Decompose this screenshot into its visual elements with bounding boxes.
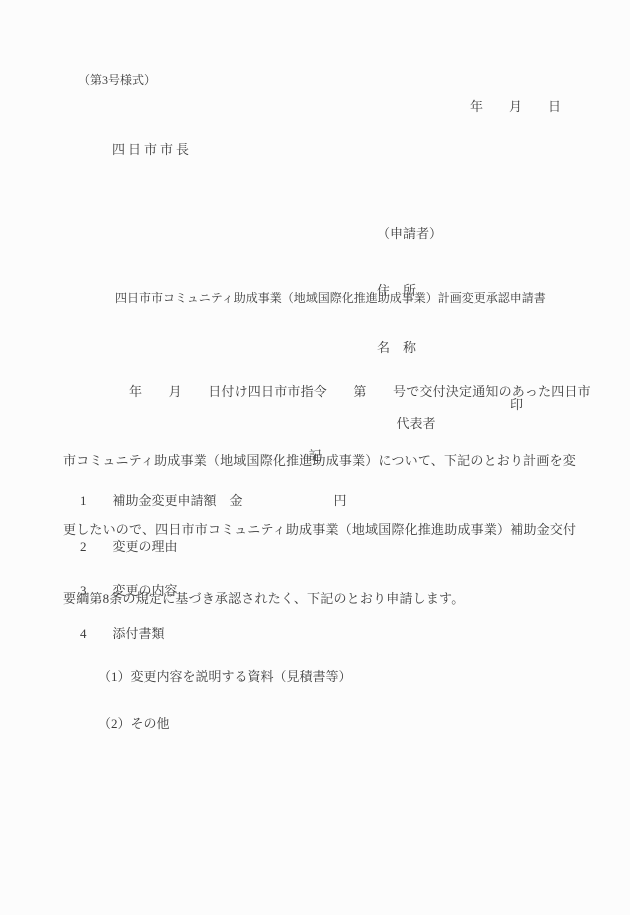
item-attached-documents: 4 添付書類 — [80, 627, 165, 642]
document-title: 四日市市コミュニティ助成事業（地域国際化推進助成事業）計画変更承認申請書 — [115, 292, 546, 306]
issue-date-line: 年 月 日 — [470, 100, 561, 115]
applicant-heading: （申請者） — [377, 224, 442, 243]
document-page: （第3号様式） 年 月 日 四日市市長 （申請者） 住 所 名 称 代表者 印 … — [0, 0, 630, 915]
attachment-item-explanatory-materials: （1）変更内容を説明する資料（見積書等） — [98, 670, 352, 685]
body-line-3: 更したいので、四日市市コミュニティ助成事業（地域国際化推進助成事業）補助金交付 — [63, 518, 583, 541]
item-change-content: 3 変更の内容 — [80, 584, 178, 599]
form-number-label: （第3号様式） — [78, 74, 156, 88]
addressee-mayor-label: 四日市市長 — [112, 143, 192, 158]
ki-section-marker: 記 — [0, 449, 630, 464]
body-line-1: 年 月 日付け四日市市指令 第 号で交付決定通知のあった四日市 — [63, 380, 583, 403]
item-subsidy-change-amount: 1 補助金変更申請額 金 円 — [80, 494, 347, 509]
attachment-item-other: （2）その他 — [98, 717, 170, 732]
item-change-reason: 2 変更の理由 — [80, 540, 178, 555]
